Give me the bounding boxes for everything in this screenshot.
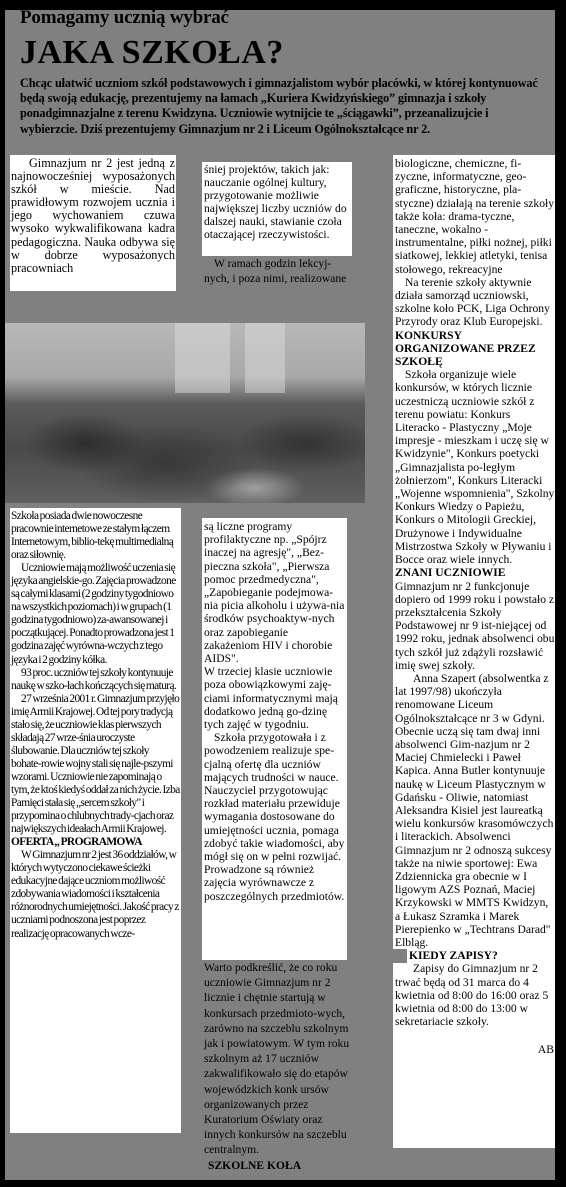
article-headline: JAKA SZKOŁA?: [20, 34, 284, 72]
col3-paragraph-4: Gimnazjum nr 2 funkcjonuje dopiero od 19…: [395, 580, 555, 672]
col2-bottom-paragraph-2: W trzeciej klasie uczniowie poza obowiąz…: [204, 665, 346, 731]
col1-top-box: Gimnazjum nr 2 jest jedną z najnowocześn…: [10, 155, 176, 291]
col2-top-text: W ramach godzin lekcyj-nych, i poza nimi…: [202, 256, 352, 286]
col1-bottom-paragraph-2: Uczniowie mają możliwość uczenia się jęz…: [11, 562, 180, 666]
col3-paragraph-2: Na terenie szkoły aktywnie działa samorz…: [395, 276, 555, 329]
col3-paragraph-5: Anna Szapert (absolwentka z lat 1997/98)…: [395, 672, 555, 949]
photo-window: [245, 323, 285, 393]
col2-top-paragraph-1: śniej projektów, takich jak: nauczanie o…: [204, 163, 351, 241]
col1-bottom-paragraph-5: W Gimnazjum nr 2 jest 36 oddziałów, w kt…: [11, 849, 180, 940]
col3-section-heading-zapisy: KIEDY ZAPISY?: [393, 949, 555, 962]
col3-paragraph-6: Zapisy do Gimnazjum nr 2 trwać będą od 3…: [395, 962, 555, 1028]
col2-bottom-paragraph-1: są liczne programy profilaktyczne np. „S…: [204, 520, 346, 665]
col2-bottom-paragraph-3: Szkoła przygotowała i z powodzeniem real…: [204, 731, 346, 903]
col3-heading-zapisy-label: KIEDY ZAPISY?: [409, 949, 498, 962]
author-signature: AB: [395, 1043, 555, 1056]
photo-window: [175, 323, 230, 393]
col1-top-paragraph: Gimnazjum nr 2 jest jedną z najnowocześn…: [11, 157, 175, 275]
newspaper-page: Pomagamy ucznią wybrać JAKA SZKOŁA? Chcą…: [5, 10, 555, 1180]
col2-top-box: śniej projektów, takich jak: nauczanie o…: [202, 162, 352, 256]
col2-top-paragraph-2: W ramach godzin lekcyj-nych, i poza nimi…: [204, 256, 352, 286]
article-kicker: Pomagamy ucznią wybrać: [20, 7, 229, 29]
col1-section-heading-oferta: OFERTA „ PROGRAMOWA: [11, 836, 180, 849]
col2-bottom-text: Warto podkreślić, że co roku uczniowie G…: [202, 960, 354, 1173]
classroom-photo: [5, 323, 365, 503]
col3-section-heading-znani: ZNANI UCZNIOWIE: [395, 566, 555, 579]
col3-paragraph-1: biologiczne, chemiczne, fi-zyczne, infor…: [395, 157, 555, 276]
col1-bottom-paragraph-4: 27 września 2001 r. Gimnazjum przyjęło i…: [11, 693, 180, 837]
heading-gray-marker: [393, 949, 407, 963]
col1-bottom-paragraph-1: Szkoła posiada dwie nowoczesne pracownie…: [11, 510, 180, 562]
article-lead: Chcąc ułatwić uczniom szkół podstawowych…: [20, 76, 540, 137]
col2-bottom-box: są liczne programy profilaktyczne np. „S…: [202, 518, 347, 960]
col2-section-heading-kola: SZKOLNE KOŁA: [204, 1158, 354, 1173]
col1-bottom-paragraph-3: 93 proc. uczniów tej szkoły kontynuuje n…: [11, 667, 180, 693]
col2-bottom-paragraph-4: Warto podkreślić, że co roku uczniowie G…: [204, 960, 354, 1158]
col1-bottom-box: Szkoła posiada dwie nowoczesne pracownie…: [10, 508, 181, 1133]
col3-section-heading-konkursy: KONKURSY ORGANIZOWANE PRZEZ SZKOŁĘ: [395, 329, 555, 369]
col3-paragraph-3: Szkoła organizuje wiele konkursów, w któ…: [395, 368, 555, 566]
col3-box: biologiczne, chemiczne, fi-zyczne, infor…: [393, 155, 555, 1148]
